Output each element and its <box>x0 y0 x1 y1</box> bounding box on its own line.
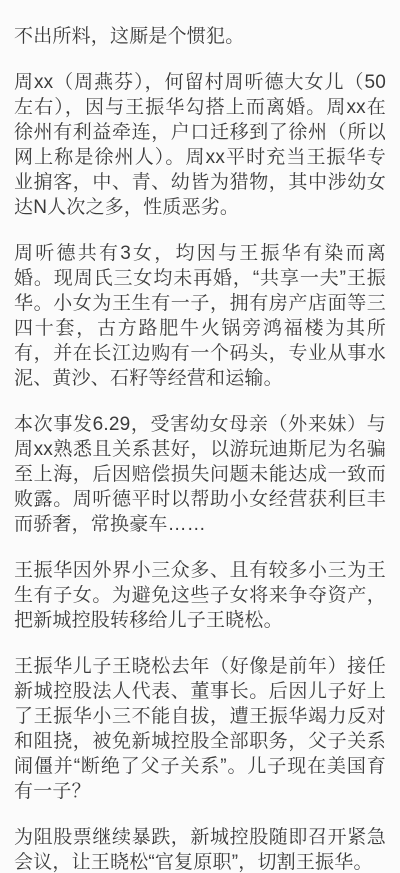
post-page: 不出所料，这厮是个惯犯。 周xx（周燕芬），何留村周听德大女儿（50左右），因与… <box>0 0 400 873</box>
paragraph: 为阻股票继续暴跌，新城控股随即召开紧急会议，让王晓松“官复原职”，切割王振华。 <box>14 825 386 873</box>
paragraph: 王振华儿子王晓松去年（好像是前年）接任新城控股法人代表、董事长。后因儿子好上了王… <box>14 654 386 804</box>
paragraph: 周听德共有3女，均因与王振华有染而离婚。现周氏三女均未再婚，“共享一夫”王振华。… <box>14 241 386 391</box>
paragraph: 王振华因外界小三众多、且有较多小三为王生有子女。为避免这些子女将来争夺资产，把新… <box>14 558 386 633</box>
post-body-text: 不出所料，这厮是个惯犯。 周xx（周燕芬），何留村周听德大女儿（50左右），因与… <box>14 24 386 873</box>
paragraph: 周xx（周燕芬），何留村周听德大女儿（50左右），因与王振华勾搭上而离婚。周xx… <box>14 70 386 220</box>
paragraph: 本次事发6.29，受害幼女母亲（外来妹）与周xx熟悉且关系甚好，以游玩迪斯尼为名… <box>14 412 386 537</box>
paragraph: 不出所料，这厮是个惯犯。 <box>14 24 386 49</box>
